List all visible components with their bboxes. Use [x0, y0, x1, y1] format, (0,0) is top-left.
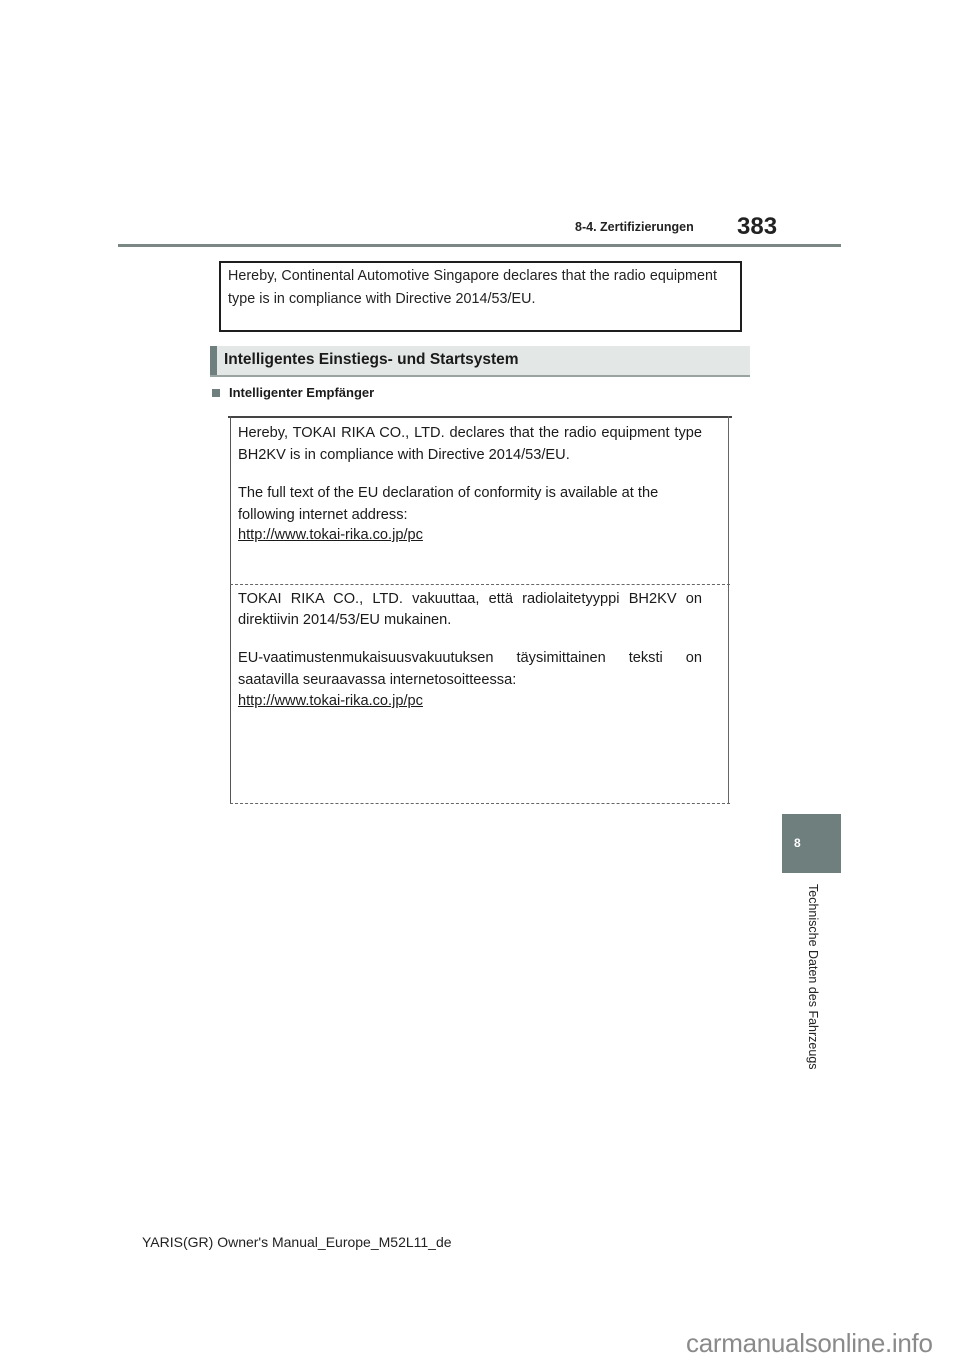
box-border-left — [230, 416, 231, 804]
section-heading-bar: Intelligentes Einstiegs- und Startsystem — [210, 346, 750, 377]
english-declaration-line-1: Hereby, TOKAI RIKA CO., LTD. declares th… — [238, 425, 702, 441]
continental-declaration-line-2: type is in compliance with Directive 201… — [228, 291, 536, 307]
manual-footer: YARIS(GR) Owner's Manual_Europe_M52L11_d… — [142, 1234, 452, 1250]
header-rule — [118, 244, 841, 247]
box-border-bottom — [230, 803, 730, 804]
english-declaration-line-3: The full text of the EU declaration of c… — [238, 485, 658, 501]
page-number: 383 — [737, 213, 777, 241]
continental-declaration-line-1: Hereby, Continental Automotive Singapore… — [228, 268, 717, 284]
subheading: Intelligenter Empfänger — [229, 385, 374, 400]
continental-declaration-box: Hereby, Continental Automotive Singapore… — [219, 261, 742, 332]
box-divider — [230, 584, 730, 585]
english-declaration-line-2: BH2KV is in compliance with Directive 20… — [238, 447, 570, 463]
finnish-declaration-line-2: direktiivin 2014/53/EU mukainen. — [238, 612, 451, 628]
box-border-top — [228, 416, 732, 418]
section-heading-title: Intelligentes Einstiegs- und Startsystem — [224, 351, 519, 369]
watermark: carmanualsonline.info — [686, 1328, 933, 1358]
chapter-tab-number: 8 — [794, 836, 801, 850]
finnish-declaration-line-4: saatavilla seuraavassa internetosoittees… — [238, 672, 516, 688]
finnish-declaration-line-1: TOKAI RIKA CO., LTD. vakuuttaa, että rad… — [238, 591, 702, 607]
finnish-declaration-url-link[interactable]: http://www.tokai-rika.co.jp/pc — [238, 693, 423, 709]
english-declaration-line-4: following internet address: — [238, 507, 408, 523]
english-declaration-url-link[interactable]: http://www.tokai-rika.co.jp/pc — [238, 527, 423, 543]
square-bullet-icon — [212, 389, 220, 397]
tokai-rika-declaration-box: Hereby, TOKAI RIKA CO., LTD. declares th… — [230, 416, 730, 804]
section-heading-accent-strip — [210, 346, 217, 375]
chapter-tab[interactable]: 8 — [782, 814, 841, 873]
box-border-right — [728, 416, 729, 804]
chapter-section-title: 8-4. Zertifizierungen — [575, 220, 694, 234]
finnish-declaration-line-3: EU-vaatimustenmukaisuusvakuutuksen täysi… — [238, 650, 702, 666]
chapter-tab-label: Technische Daten des Fahrzeugs — [806, 884, 820, 1070]
